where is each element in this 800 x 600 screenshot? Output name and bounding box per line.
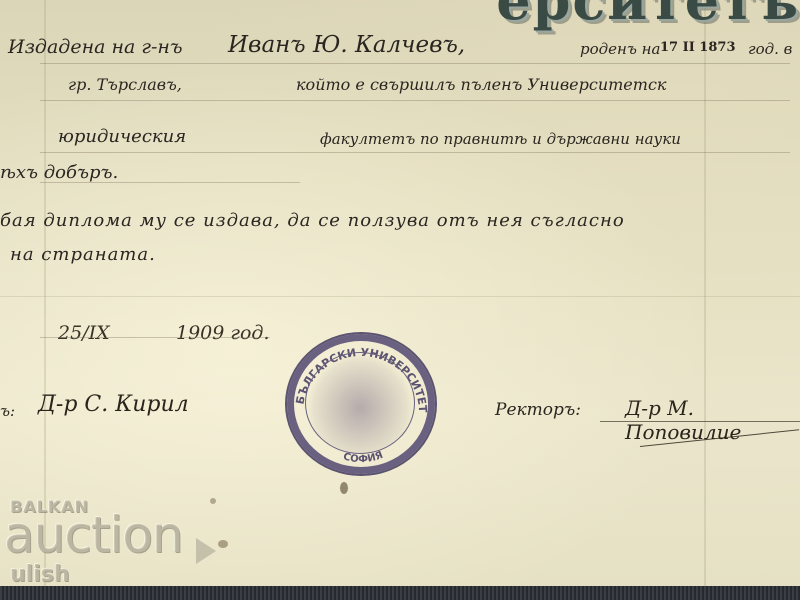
rector-signature: Д-р М. Поповилие [625,396,800,444]
dean-label: ъ: [0,402,15,420]
rule [40,63,790,64]
dean-signature: Д-р С. Кирил [38,392,189,417]
rule [40,100,790,101]
rule [40,337,270,338]
issued-to-label: Издадена на г-нъ [8,36,183,58]
watermark-auction: auction [4,506,183,564]
watermark-play-icon [196,538,216,564]
recipient-name: Иванъ Ю. Калчевъ, [228,32,465,58]
grade-text: ѣхъ добъръ. [0,162,118,183]
university-seal: БЪЛГАРСКИ УНИВЕРСИТЕТЪ СОФИЯ [285,332,437,476]
rule [40,182,300,183]
issue-year: 1909 год. [176,322,270,344]
fold-line [704,0,706,586]
faculty-text: факултетъ по правнитѣ и държавни науки [320,130,681,148]
stain [218,540,228,548]
diploma-statement: бая диплома му се издава, да се ползува … [0,210,625,231]
year-suffix: год. в [748,40,792,58]
diploma-heading: ерситетъ [20,0,800,30]
completion-text: който е свършилъ пъленъ Университетск [296,75,666,94]
ink-stain [340,482,348,494]
rule [600,421,800,422]
watermark-publish: ulish [10,562,70,586]
birthplace: гр. Търславъ, [68,75,182,94]
born-label: роденъ на [580,40,661,58]
background-fabric [0,586,800,600]
diploma-paper: ерситетъ Издадена на г-нъ Иванъ Ю. Калче… [0,0,800,586]
stain [210,498,216,504]
rector-label: Ректоръ: [495,400,581,420]
issue-day-month: 25/IX [58,322,110,344]
rule [40,152,790,153]
diploma-statement-end: на страната. [10,244,156,265]
fold-line [0,296,800,297]
birth-date: 17 II 1873 [660,40,736,55]
seal-portrait [305,352,415,454]
faculty-name: юридическия [58,126,186,147]
